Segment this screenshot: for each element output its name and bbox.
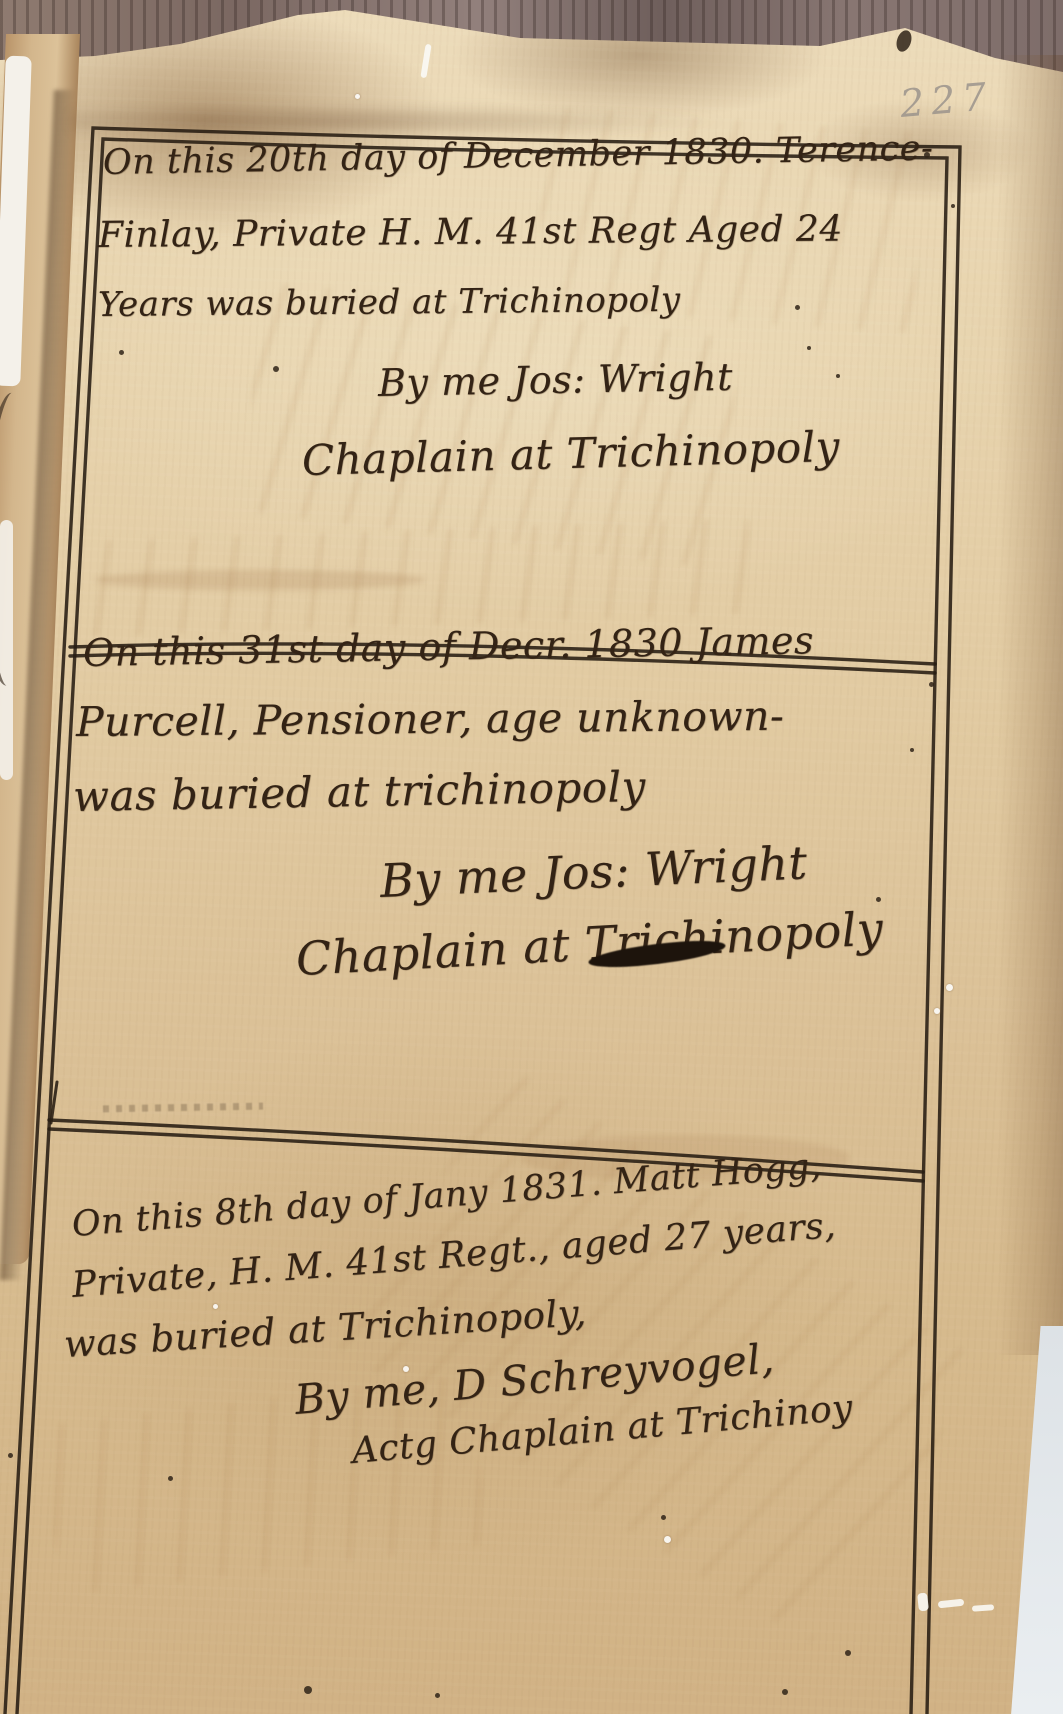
register-page-photo: 227 On this 20th day of December 1830. T… bbox=[0, 0, 1063, 1714]
ink-speck bbox=[929, 682, 934, 687]
ink-speck bbox=[168, 1476, 173, 1481]
paper-hole bbox=[664, 1536, 671, 1543]
ink-speck bbox=[795, 305, 800, 310]
paper-hole bbox=[213, 1304, 218, 1309]
ink-speck bbox=[661, 1515, 666, 1520]
ink-speck bbox=[8, 1453, 13, 1458]
entry-1-line-3: Years was buried at Trichinopoly bbox=[98, 283, 681, 322]
ink-speck bbox=[951, 204, 955, 208]
entry-2-line-3: was buried at trichinopoly bbox=[73, 766, 646, 818]
entry-1-line-2: Finlay, Private H. M. 41st Regt Aged 24 bbox=[98, 212, 843, 254]
entry-1-signature: By me Jos: Wright bbox=[378, 358, 733, 402]
folio-number: 227 bbox=[898, 74, 995, 126]
paper-hole bbox=[355, 94, 360, 99]
ink-speck bbox=[273, 366, 279, 372]
entry-2-line-2: Purcell, Pensioner, age unknown- bbox=[76, 696, 785, 743]
ink-speck bbox=[782, 1689, 788, 1695]
ink-speck bbox=[910, 748, 914, 752]
ink-speck bbox=[836, 374, 840, 378]
ink-speck bbox=[924, 152, 930, 158]
white-scratch bbox=[917, 1593, 929, 1612]
ink-speck bbox=[119, 350, 124, 355]
ink-speck bbox=[876, 897, 881, 902]
paper-hole bbox=[934, 1008, 940, 1014]
ink-speck bbox=[304, 1686, 312, 1694]
paper-hole bbox=[403, 1366, 409, 1372]
paper-hole bbox=[946, 984, 953, 991]
ink-speck bbox=[435, 1693, 440, 1698]
ink-speck bbox=[807, 346, 811, 350]
ink-speck bbox=[845, 1650, 851, 1656]
